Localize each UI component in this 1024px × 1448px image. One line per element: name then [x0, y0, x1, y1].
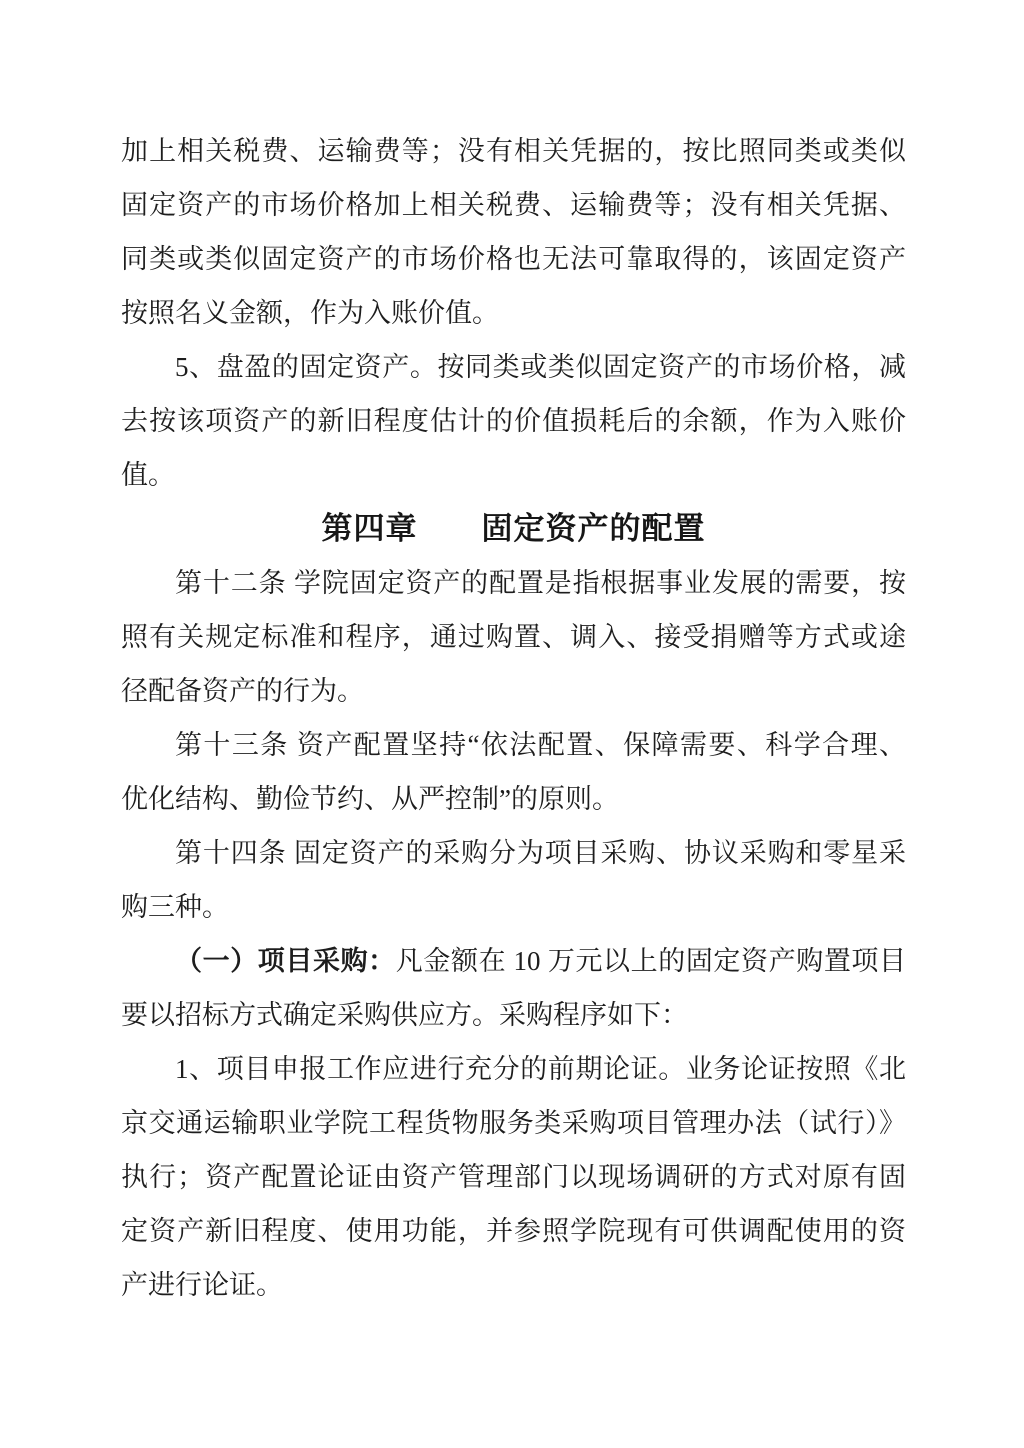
body-line: 执行；资产配置论证由资产管理部门以现场调研的方式对原有固 [121, 1150, 906, 1204]
document-page: 加上相关税费、运输费等；没有相关凭据的，按比照同类或类似 固定资产的市场价格加上… [0, 0, 1024, 1448]
body-line: 径配备资产的行为。 [121, 664, 906, 718]
body-line-with-bold-lead: （一）项目采购：凡金额在 10 万元以上的固定资产购置项目 [121, 934, 906, 988]
body-line: 去按该项资产的新旧程度估计的价值损耗后的余额，作为入账价 [121, 394, 906, 448]
body-line: 要以招标方式确定采购供应方。采购程序如下： [121, 988, 906, 1042]
body-line: 优化结构、勤俭节约、从严控制”的原则。 [121, 772, 906, 826]
body-line: 京交通运输职业学院工程货物服务类采购项目管理办法（试行）》 [121, 1096, 906, 1150]
body-line: 定资产新旧程度、使用功能，并参照学院现有可供调配使用的资 [121, 1204, 906, 1258]
chapter-heading: 第四章 固定资产的配置 [121, 502, 906, 556]
body-line: 第十三条 资产配置坚持“依法配置、保障需要、科学合理、 [121, 718, 906, 772]
body-line: 第十二条 学院固定资产的配置是指根据事业发展的需要，按 [121, 556, 906, 610]
bold-lead-label: （一）项目采购： [175, 946, 396, 976]
body-line: 按照名义金额，作为入账价值。 [121, 286, 906, 340]
body-line: 同类或类似固定资产的市场价格也无法可靠取得的，该固定资产 [121, 232, 906, 286]
body-line: 产进行论证。 [121, 1258, 906, 1312]
body-line: 固定资产的市场价格加上相关税费、运输费等；没有相关凭据、 [121, 178, 906, 232]
body-line: 值。 [121, 448, 906, 502]
body-line: 第十四条 固定资产的采购分为项目采购、协议采购和零星采 [121, 826, 906, 880]
document-content: 加上相关税费、运输费等；没有相关凭据的，按比照同类或类似 固定资产的市场价格加上… [121, 124, 906, 1312]
body-line: 照有关规定标准和程序，通过购置、调入、接受捐赠等方式或途 [121, 610, 906, 664]
body-line: 5、盘盈的固定资产。按同类或类似固定资产的市场价格，减 [121, 340, 906, 394]
body-line: 1、项目申报工作应进行充分的前期论证。业务论证按照《北 [121, 1042, 906, 1096]
body-line: 购三种。 [121, 880, 906, 934]
body-line: 加上相关税费、运输费等；没有相关凭据的，按比照同类或类似 [121, 124, 906, 178]
body-line-text: 凡金额在 10 万元以上的固定资产购置项目 [396, 946, 906, 976]
